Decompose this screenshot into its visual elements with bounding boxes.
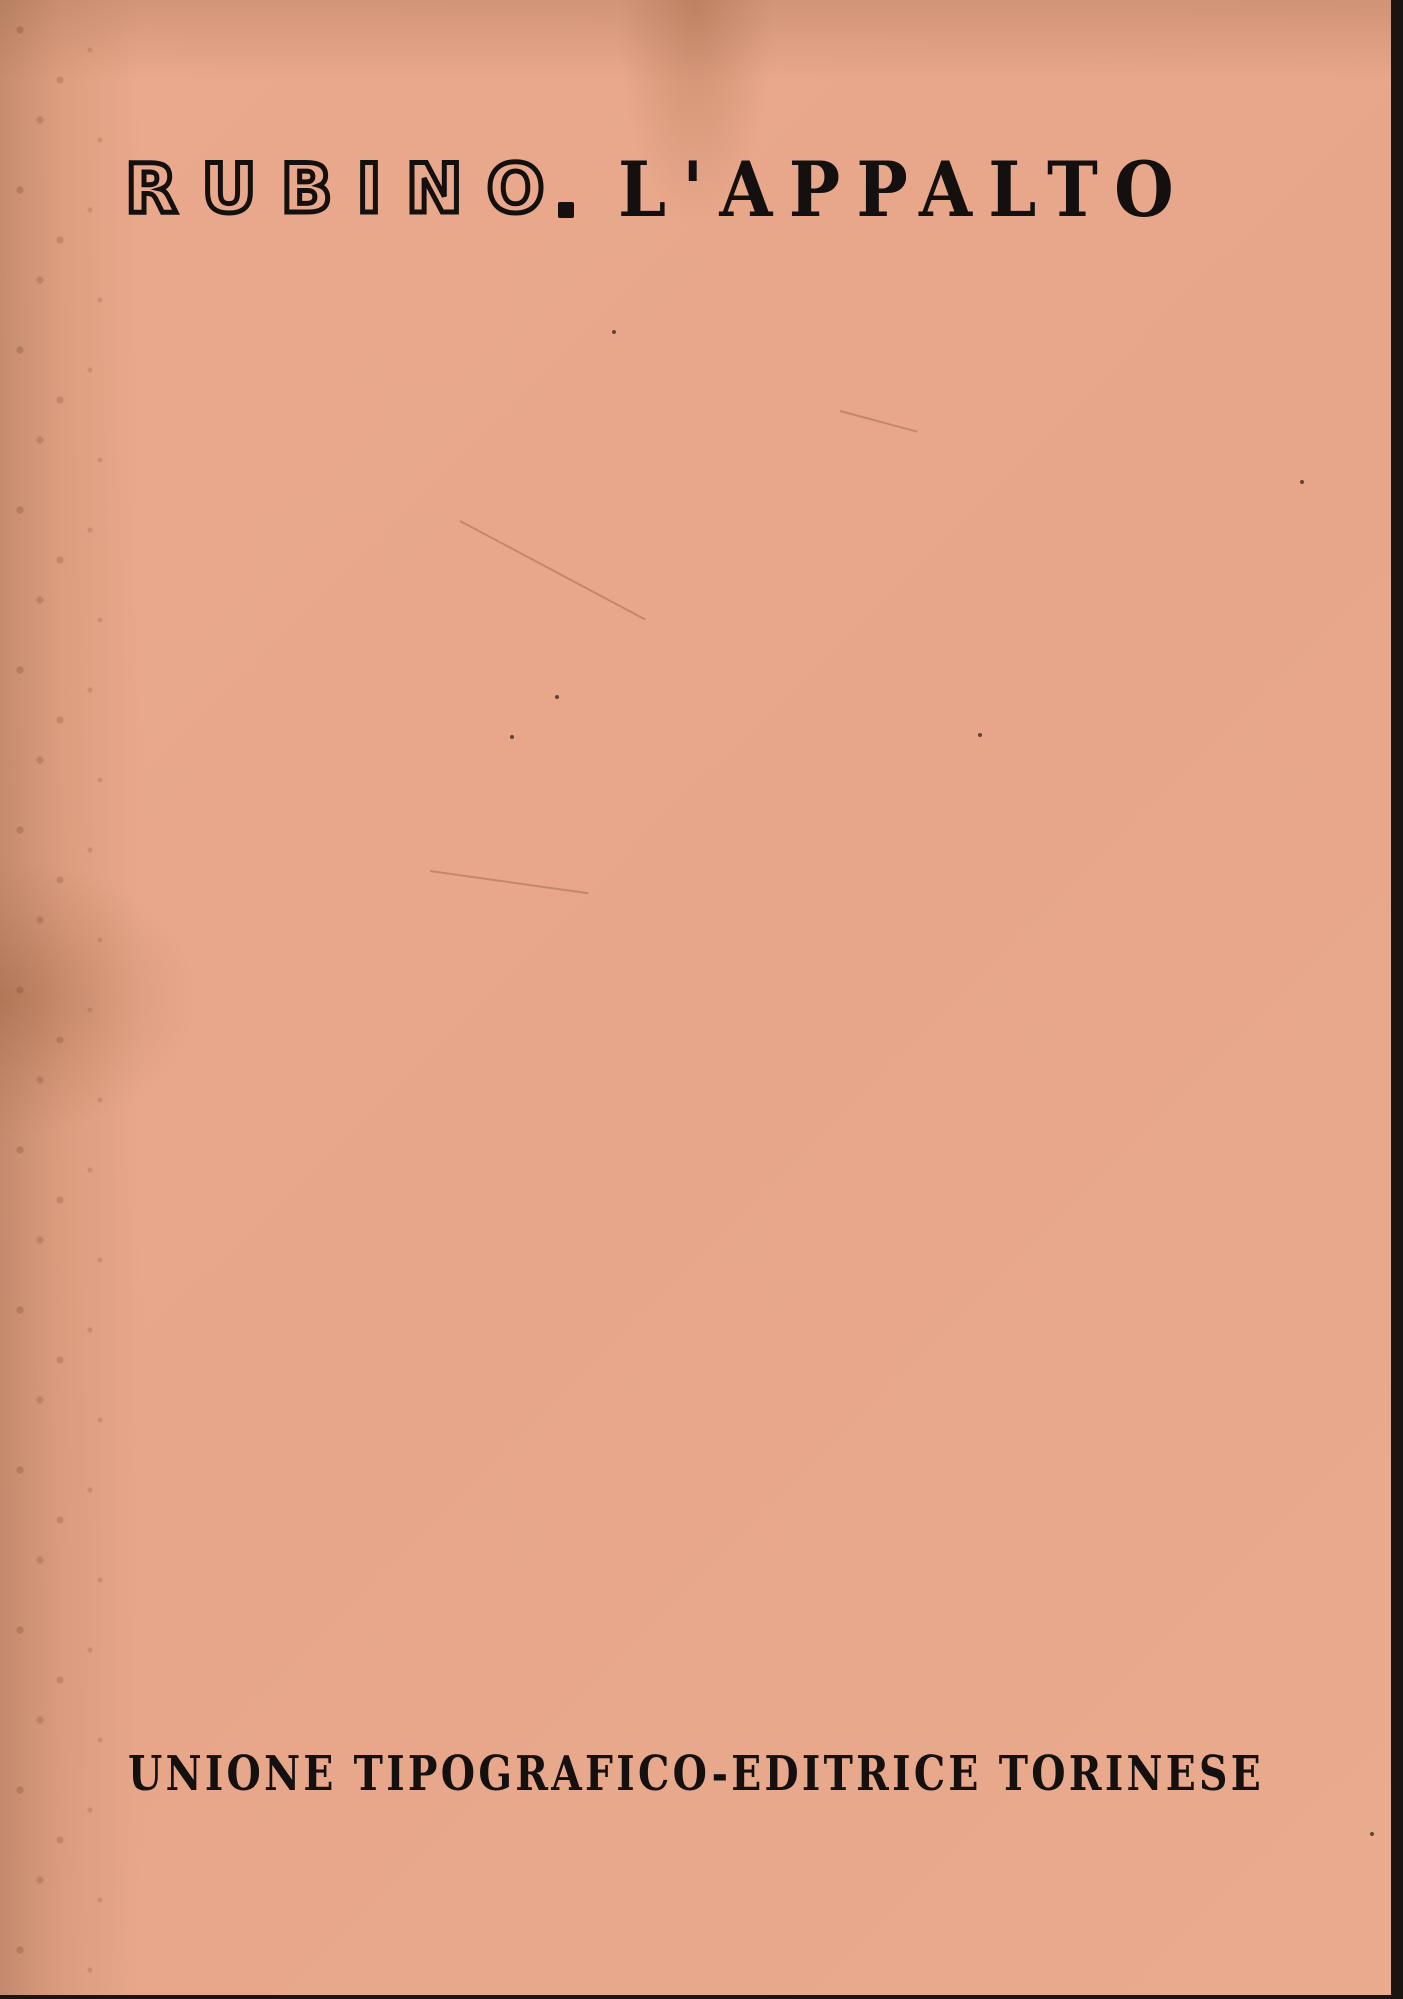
author-separator-dot xyxy=(558,202,574,218)
foxing-stains xyxy=(0,0,140,1995)
book-title: L'APPALTO xyxy=(618,152,1190,228)
book-cover: RUBINO L'APPALTO UNIONE TIPOGRAFICO-EDIT… xyxy=(0,0,1397,1995)
paper-speck xyxy=(510,735,514,739)
paper-speck xyxy=(612,330,616,334)
paper-speck xyxy=(978,733,982,737)
cover-title-row: RUBINO L'APPALTO xyxy=(125,150,1275,230)
paper-scratch xyxy=(430,870,589,894)
paper-speck xyxy=(1300,480,1304,484)
paper-scratch xyxy=(460,520,646,620)
paper-scratch xyxy=(840,410,918,433)
paper-speck xyxy=(555,695,559,699)
author-name: RUBINO xyxy=(125,156,568,224)
publisher-name: UNIONE TIPOGRAFICO-EDITRICE TORINESE xyxy=(128,1750,1071,1798)
paper-speck xyxy=(1370,1832,1374,1836)
